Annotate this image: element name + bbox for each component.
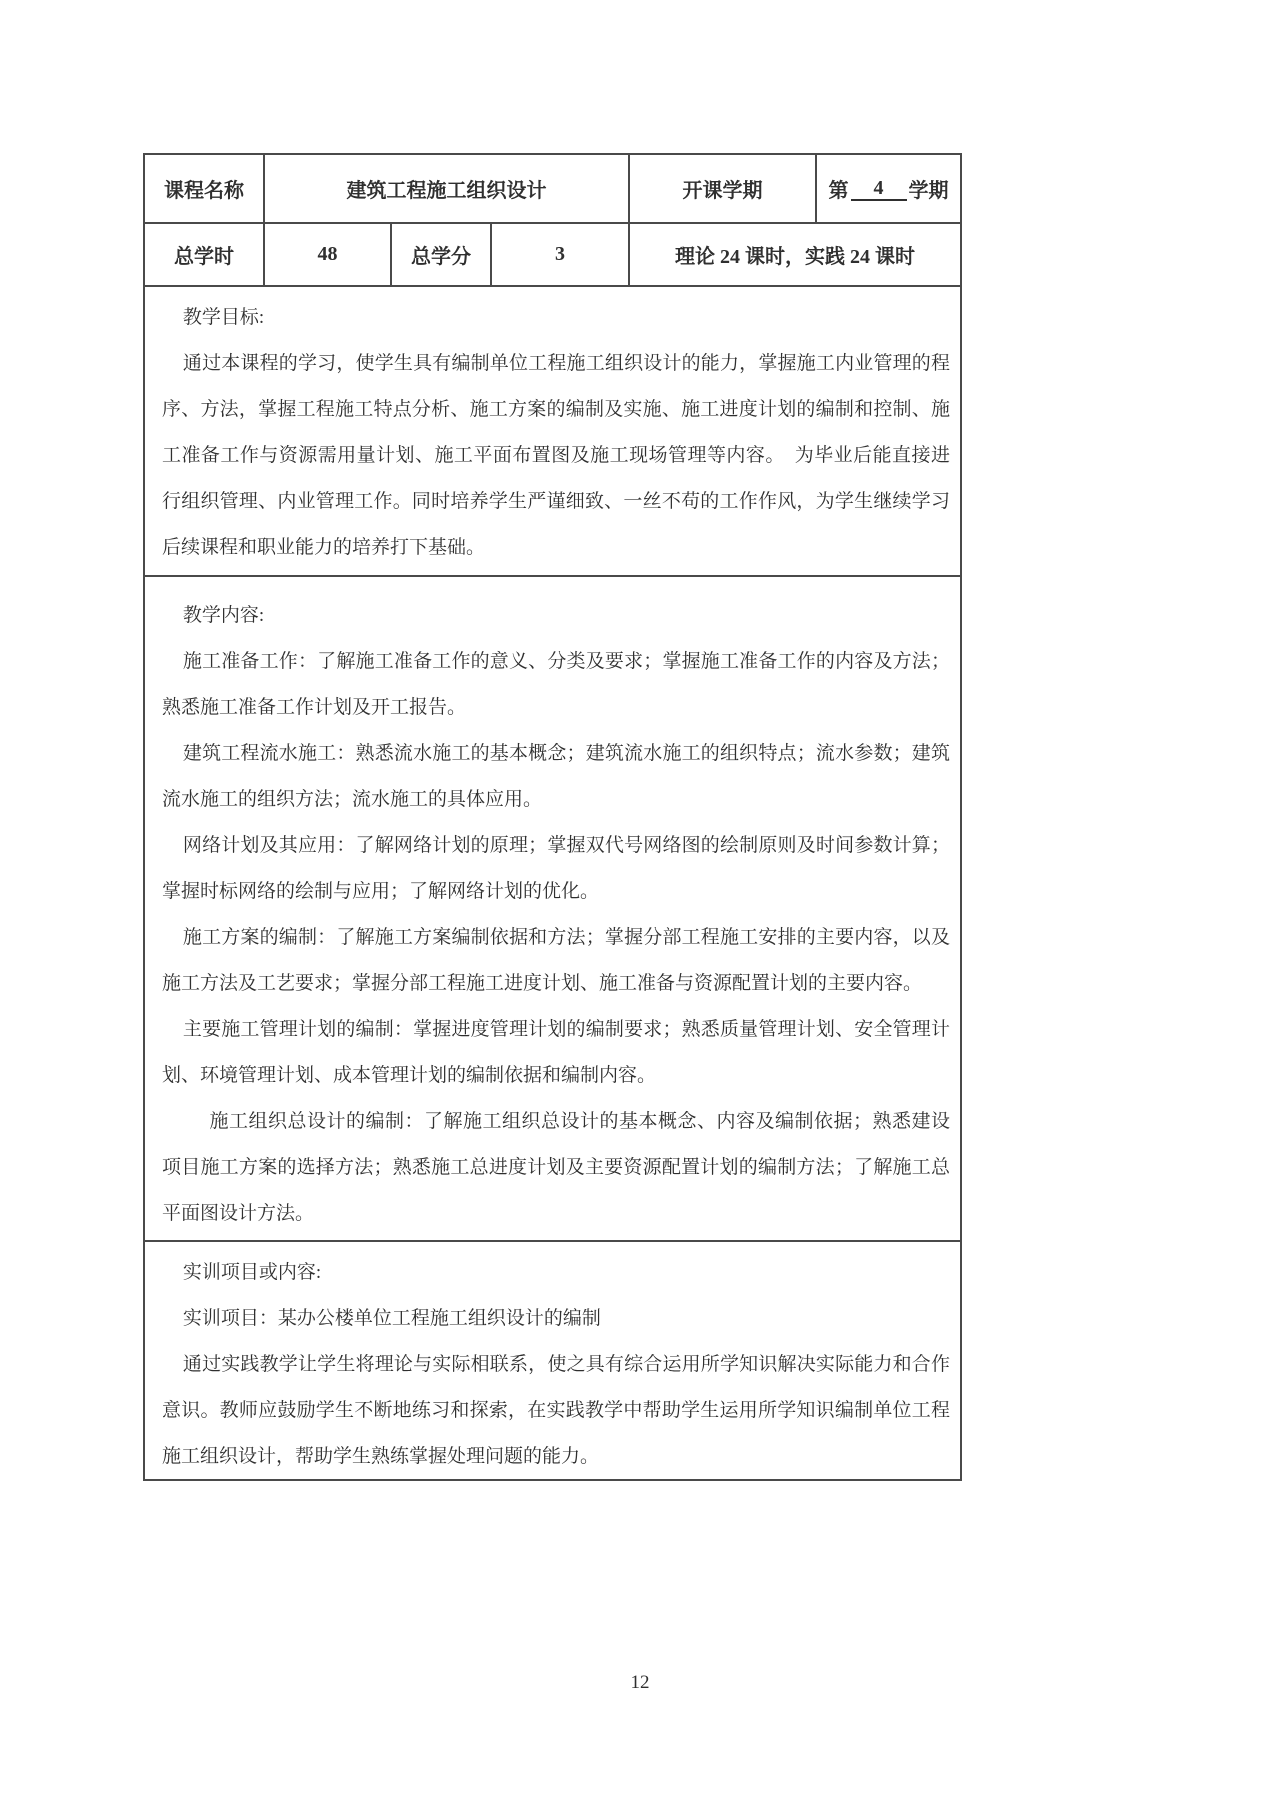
course-info-table: 课程名称 建筑工程施工组织设计 开课学期 第4学期 总学时 48 总学分 3 理… xyxy=(143,153,962,1481)
content-paragraph: 主要施工管理计划的编制：掌握进度管理计划的编制要求；熟悉质量管理计划、安全管理计… xyxy=(162,1007,950,1099)
practice-paragraph: 通过实践教学让学生将理论与实际相联系，使之具有综合运用所学知识解决实际能力和合作… xyxy=(162,1342,950,1479)
content-paragraph: 施工组织总设计的编制：了解施工组织总设计的基本概念、内容及编制依据；熟悉建设项目… xyxy=(162,1099,950,1237)
total-hours-label: 总学时 xyxy=(145,224,265,285)
section-teaching-objectives: 教学目标: 通过本课程的学习，使学生具有编制单位工程施工组织设计的能力，掌握施工… xyxy=(145,287,960,577)
semester-label: 开课学期 xyxy=(630,155,817,222)
page-number: 12 xyxy=(0,1672,1280,1694)
section-teaching-content: 教学内容: 施工准备工作：了解施工准备工作的意义、分类及要求；掌握施工准备工作的… xyxy=(145,577,960,1242)
course-name-value: 建筑工程施工组织设计 xyxy=(265,155,630,222)
semester-value: 第4学期 xyxy=(817,155,960,222)
objectives-paragraph: 通过本课程的学习，使学生具有编制单位工程施工组织设计的能力，掌握施工内业管理的程… xyxy=(162,341,950,571)
course-name-label: 课程名称 xyxy=(145,155,265,222)
semester-prefix: 第 xyxy=(829,174,849,203)
total-credits-label: 总学分 xyxy=(392,224,492,285)
total-hours-value: 48 xyxy=(265,224,392,285)
semester-number: 4 xyxy=(851,177,907,201)
section-practice-projects: 实训项目或内容: 实训项目：某办公楼单位工程施工组织设计的编制 通过实践教学让学… xyxy=(145,1242,960,1479)
practice-heading: 实训项目或内容: xyxy=(162,1250,950,1296)
semester-suffix: 学期 xyxy=(909,174,949,203)
total-credits-value: 3 xyxy=(492,224,630,285)
content-paragraph: 建筑工程流水施工：熟悉流水施工的基本概念；建筑流水施工的组织特点；流水参数；建筑… xyxy=(162,731,950,823)
document-page: 课程名称 建筑工程施工组织设计 开课学期 第4学期 总学时 48 总学分 3 理… xyxy=(0,0,1280,1810)
hours-breakdown: 理论 24 课时，实践 24 课时 xyxy=(630,224,960,285)
practice-paragraph: 实训项目：某办公楼单位工程施工组织设计的编制 xyxy=(162,1296,950,1342)
content-paragraph: 施工方案的编制：了解施工方案编制依据和方法；掌握分部工程施工安排的主要内容，以及… xyxy=(162,915,950,1007)
content-heading: 教学内容: xyxy=(162,593,950,639)
content-paragraph: 施工准备工作：了解施工准备工作的意义、分类及要求；掌握施工准备工作的内容及方法；… xyxy=(162,639,950,731)
table-row-hours: 总学时 48 总学分 3 理论 24 课时，实践 24 课时 xyxy=(145,224,960,287)
table-row-course: 课程名称 建筑工程施工组织设计 开课学期 第4学期 xyxy=(145,155,960,224)
content-paragraph: 网络计划及其应用：了解网络计划的原理；掌握双代号网络图的绘制原则及时间参数计算；… xyxy=(162,823,950,915)
objectives-heading: 教学目标: xyxy=(162,295,950,341)
